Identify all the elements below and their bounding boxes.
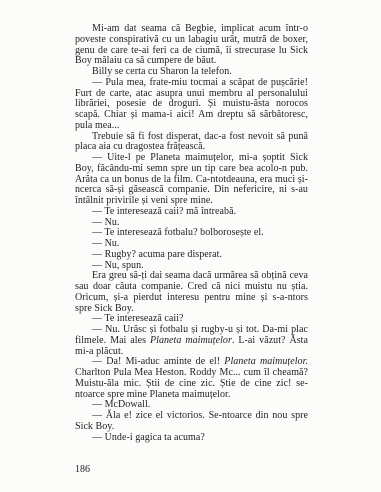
text-segment: — Rugby? acuma pare disperat. bbox=[92, 249, 222, 260]
text-segment: Trebuie să fi fost disperat, dac-a fost … bbox=[75, 131, 308, 153]
text-segment: — Te interesează caii? mă întreabă. bbox=[92, 206, 236, 217]
paragraph: — Nu. Urăsc și fotbalu și rugby-u și tot… bbox=[75, 325, 308, 357]
paragraph: — Da! Mi-aduc aminte de el! Planeta maim… bbox=[75, 357, 308, 400]
text-segment: Charlton Pula Mea Heston. Roddy Mc... cu… bbox=[75, 367, 308, 400]
book-page: Mi-am dat seama că Begbie, implicat acum… bbox=[0, 0, 381, 492]
text-segment: — Te interesează fotbalu? bolborosește e… bbox=[92, 227, 264, 238]
text-segment: — McDowall. bbox=[92, 399, 150, 410]
page-number: 186 bbox=[75, 464, 90, 475]
text-segment: Mi-am dat seama că Begbie, implicat acum… bbox=[75, 23, 308, 66]
text-segment: — Te interesează caii? bbox=[92, 313, 184, 324]
text-segment: — Nu, spun. bbox=[92, 260, 144, 271]
text-segment: — Uite-l pe Planeta maimuțelor, mi-a șop… bbox=[75, 152, 308, 206]
paragraph: — Ăla e! zice el victorios. Se-ntoarce d… bbox=[75, 411, 308, 433]
paragraph: — Pula mea, frate-miu tocmai a scăpat de… bbox=[75, 78, 308, 132]
paragraph: Mi-am dat seama că Begbie, implicat acum… bbox=[75, 24, 308, 67]
text-segment: — Da! Mi-aduc aminte de el! bbox=[92, 356, 224, 367]
italic-text-segment: Planeta maimuțelor. bbox=[224, 356, 308, 367]
text-body: Mi-am dat seama că Begbie, implicat acum… bbox=[75, 24, 308, 443]
text-segment: — Nu. bbox=[92, 217, 119, 228]
text-segment: — Pula mea, frate-miu tocmai a scăpat de… bbox=[75, 77, 308, 131]
italic-text-segment: Planeta maimuțelor bbox=[150, 335, 232, 346]
text-segment: Era greu să-ți dai seama dacă urmărea să… bbox=[75, 270, 308, 313]
paragraph: — Uite-l pe Planeta maimuțelor, mi-a șop… bbox=[75, 153, 308, 207]
text-segment: — Ăla e! zice el victorios. Se-ntoarce d… bbox=[75, 410, 308, 432]
text-segment: — Nu. bbox=[92, 238, 119, 249]
text-segment: Billy se certa cu Sharon la telefon. bbox=[92, 66, 232, 77]
text-segment: — Unde-i gagica ta acuma? bbox=[92, 432, 205, 443]
paragraph: — Unde-i gagica ta acuma? bbox=[75, 433, 308, 444]
paragraph: Trebuie să fi fost disperat, dac-a fost … bbox=[75, 132, 308, 154]
paragraph: Era greu să-ți dai seama dacă urmărea să… bbox=[75, 271, 308, 314]
